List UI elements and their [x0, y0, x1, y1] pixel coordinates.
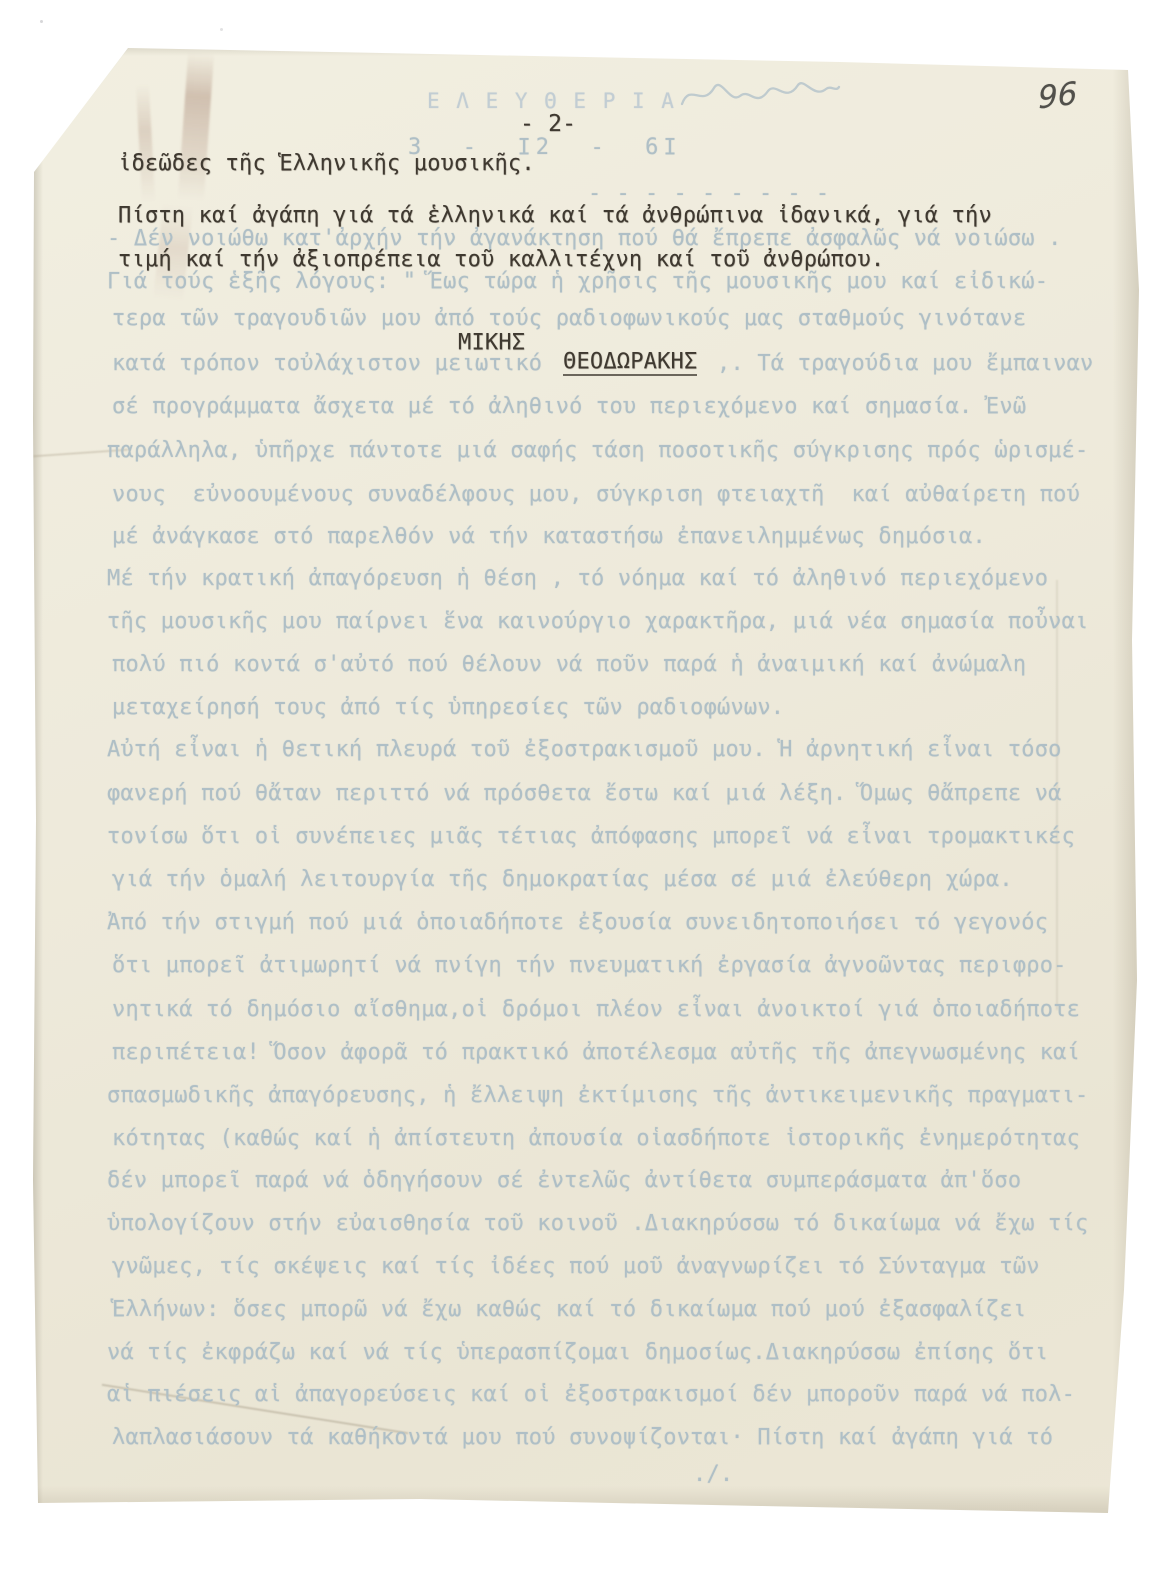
typed-line-faint: παράλληλα, ὑπῆρχε πάντοτε μιά σαφής τάση…: [107, 440, 1089, 462]
typed-line-faint: Ἑλλήνων: ὅσες μπορῶ νά ἔχω καθώς καί τό …: [112, 1299, 1026, 1321]
typed-line-faint: Ἀπό τήν στιγμή πού μιά ὁποιαδήποτε ἐξουσ…: [107, 912, 1048, 934]
paper-edge-right-torn: [1098, 60, 1140, 1515]
paper-sheet: Ε Λ Ε Υ Θ Ε Ρ Ι Α - 2- 3 - Ι2 - 6Ι 96 ἰδ…: [0, 0, 1150, 1583]
typed-line-faint: γιά τήν ὁμαλή λειτουργία τῆς δημοκρατίας…: [112, 869, 1013, 891]
masthead-title: Ε Λ Ε Υ Θ Ε Ρ Ι Α: [427, 90, 676, 112]
scanned-typewritten-page: { "document": { "header": { "masthead": …: [0, 0, 1150, 1583]
paper-corner-fold: [27, 41, 131, 174]
typed-line-dark: τιμή καί τήν ἀξιοπρέπεια τοῦ καλλιτέχνη …: [118, 249, 884, 271]
document-scan: Ε Λ Ε Υ Θ Ε Ρ Ι Α - 2- 3 - Ι2 - 6Ι 96 ἰδ…: [0, 0, 1150, 1583]
typed-line-faint: τερα τῶν τραγουδιῶν μου ἀπό τούς ραδιοφω…: [112, 308, 1026, 330]
typed-line-faint: Μέ τήν κρατική ἀπαγόρευση ἡ θέση , τό νό…: [107, 568, 1048, 590]
ink-stain: [178, 51, 214, 200]
typed-line-faint: κατά τρόπον τοὐλάχιστον μειωτικό ,. Τά τ…: [112, 353, 1094, 375]
paper-edge-bottom: [33, 1486, 1113, 1514]
typed-line-faint: Αὐτή εἶναι ἡ θετική πλευρά τοῦ ἐξοστρακι…: [107, 739, 1062, 761]
typed-line-faint: σέ προγράμματα ἄσχετα μέ τό ἀληθινό του …: [112, 396, 1026, 418]
typed-line-faint: μέ ἀνάγκασε στό παρελθόν νά τήν καταστήσ…: [112, 526, 986, 548]
typed-line-faint: νους εὐνοουμένους συναδέλφους μου, σύγκρ…: [112, 484, 1080, 506]
typed-page-number: - 2-: [520, 113, 576, 135]
dashed-separator: - - - - - - - - -: [588, 183, 830, 205]
typed-line-faint: Γιά τούς ἑξῆς λόγους: " Ἕως τώρα ἡ χρῆσι…: [107, 271, 1048, 293]
typed-line-faint: δέν μπορεῖ παρά νά ὁδηγήσουν σέ ἐντελῶς …: [107, 1170, 1021, 1192]
typed-line-faint: κότητας (καθώς καί ἡ ἀπίστευτη ἀπουσία ο…: [112, 1128, 1080, 1150]
typed-line-faint: νά τίς ἐκφράζω καί νά τίς ὑπερασπίζομαι …: [107, 1342, 1048, 1364]
typed-line-dark: Πίστη καί ἀγάπη γιά τά ἑλληνικά καί τά ἀ…: [118, 205, 992, 227]
handwritten-scribble: [678, 72, 843, 120]
end-mark: ./.: [693, 1464, 733, 1486]
typed-line-faint: φανερή πού θἄταν περιττό νά πρόσθετα ἔστ…: [107, 783, 1062, 805]
paper-edge-top: [122, 45, 1132, 56]
typed-line-faint: πολύ πιό κοντά σ'αὐτό πού θέλουν νά ποῦν…: [112, 654, 1026, 676]
typed-line-faint: ὑπολογίζουν στήν εὐαισθησία τοῦ κοινοῦ .…: [107, 1213, 1089, 1235]
typed-line-faint: σπασμωδικῆς ἀπαγόρευσης, ἡ ἔλλειψη ἐκτίμ…: [107, 1085, 1089, 1107]
typed-line-faint: μεταχείρησή τους ἀπό τίς ὑπηρεσίες τῶν ρ…: [112, 697, 784, 719]
ink-stain: [136, 84, 155, 203]
typed-line-faint: γνῶμες, τίς σκέψεις καί τίς ἰδέες πού μο…: [112, 1256, 1040, 1278]
typed-line-dark: ἰδεῶδες τῆς Ἑλληνικῆς μουσικῆς.: [118, 153, 535, 175]
paper-edge-left: [33, 160, 43, 1505]
typed-line-faint: περιπέτεια! Ὅσον ἀφορᾶ τό πρακτικό ἀποτέ…: [112, 1042, 1080, 1064]
typed-line-faint: τονίσω ὅτι οἱ συνέπειες μιᾶς τέτιας ἀπόφ…: [107, 826, 1075, 848]
typed-line-faint: - Δέν νοιώθω κατ'ἀρχήν τήν ἀγανάκτηση πο…: [107, 228, 1062, 250]
typed-line-faint: αἱ πιέσεις αἱ ἀπαγορεύσεις καί οἱ ἐξοστρ…: [107, 1384, 1075, 1406]
typed-line-faint: νητικά τό δημόσιο αἴσθημα,οἱ δρόμοι πλέο…: [112, 999, 1080, 1021]
typed-line-faint: τῆς μουσικῆς μου παίρνει ἕνα καινούργιο …: [107, 611, 1089, 633]
scanner-dust-specks: [40, 20, 43, 23]
handwritten-page-number: 96: [1038, 75, 1078, 116]
typed-line-faint: λαπλασιάσουν τά καθήκοντά μου πού συνοψί…: [112, 1427, 1053, 1449]
typed-line-faint: ὅτι μπορεῖ ἀτιμωρητί νά πνίγη τήν πνευμα…: [112, 955, 1067, 977]
